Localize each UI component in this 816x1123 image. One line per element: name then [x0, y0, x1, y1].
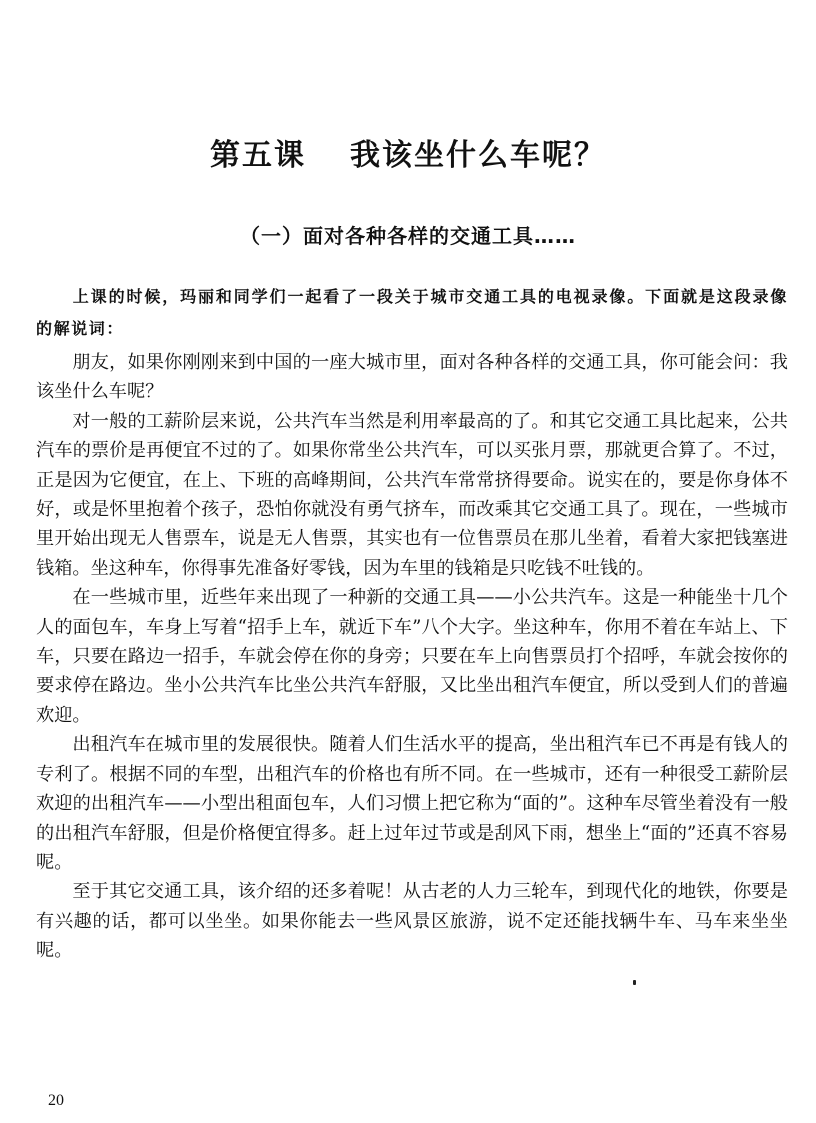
- intro-paragraph: 上课的时候，玛丽和同学们一起看了一段关于城市交通工具的电视录像。下面就是这段录像…: [36, 281, 788, 345]
- paragraph-2: 对一般的工薪阶层来说，公共汽车当然是利用率最高的了。和其它交通工具比起来，公共汽…: [36, 407, 788, 583]
- paragraph-1: 朋友，如果你刚刚来到中国的一座大城市里，面对各种各样的交通工具，你可能会问：我该…: [36, 348, 788, 407]
- body-text: 朋友，如果你刚刚来到中国的一座大城市里，面对各种各样的交通工具，你可能会问：我该…: [36, 348, 788, 966]
- paragraph-4: 出租汽车在城市里的发展很快。随着人们生活水平的提高，坐出租汽车已不再是有钱人的专…: [36, 730, 788, 877]
- lesson-number: 第五课: [210, 138, 306, 173]
- scan-speck: [633, 980, 636, 985]
- lesson-title: 第五课我该坐什么车呢？: [0, 130, 816, 174]
- paragraph-3: 在一些城市里，近些年来出现了一种新的交通工具——小公共汽车。这是一种能坐十几个人…: [36, 583, 788, 730]
- section-title: （一）面对各种各样的交通工具……: [0, 220, 816, 249]
- lesson-title-text: 我该坐什么车呢？: [350, 138, 606, 173]
- paragraph-5: 至于其它交通工具，该介绍的还多着呢！从古老的人力三轮车，到现代化的地铁，你要是有…: [36, 877, 788, 965]
- page-number: 20: [48, 1092, 64, 1110]
